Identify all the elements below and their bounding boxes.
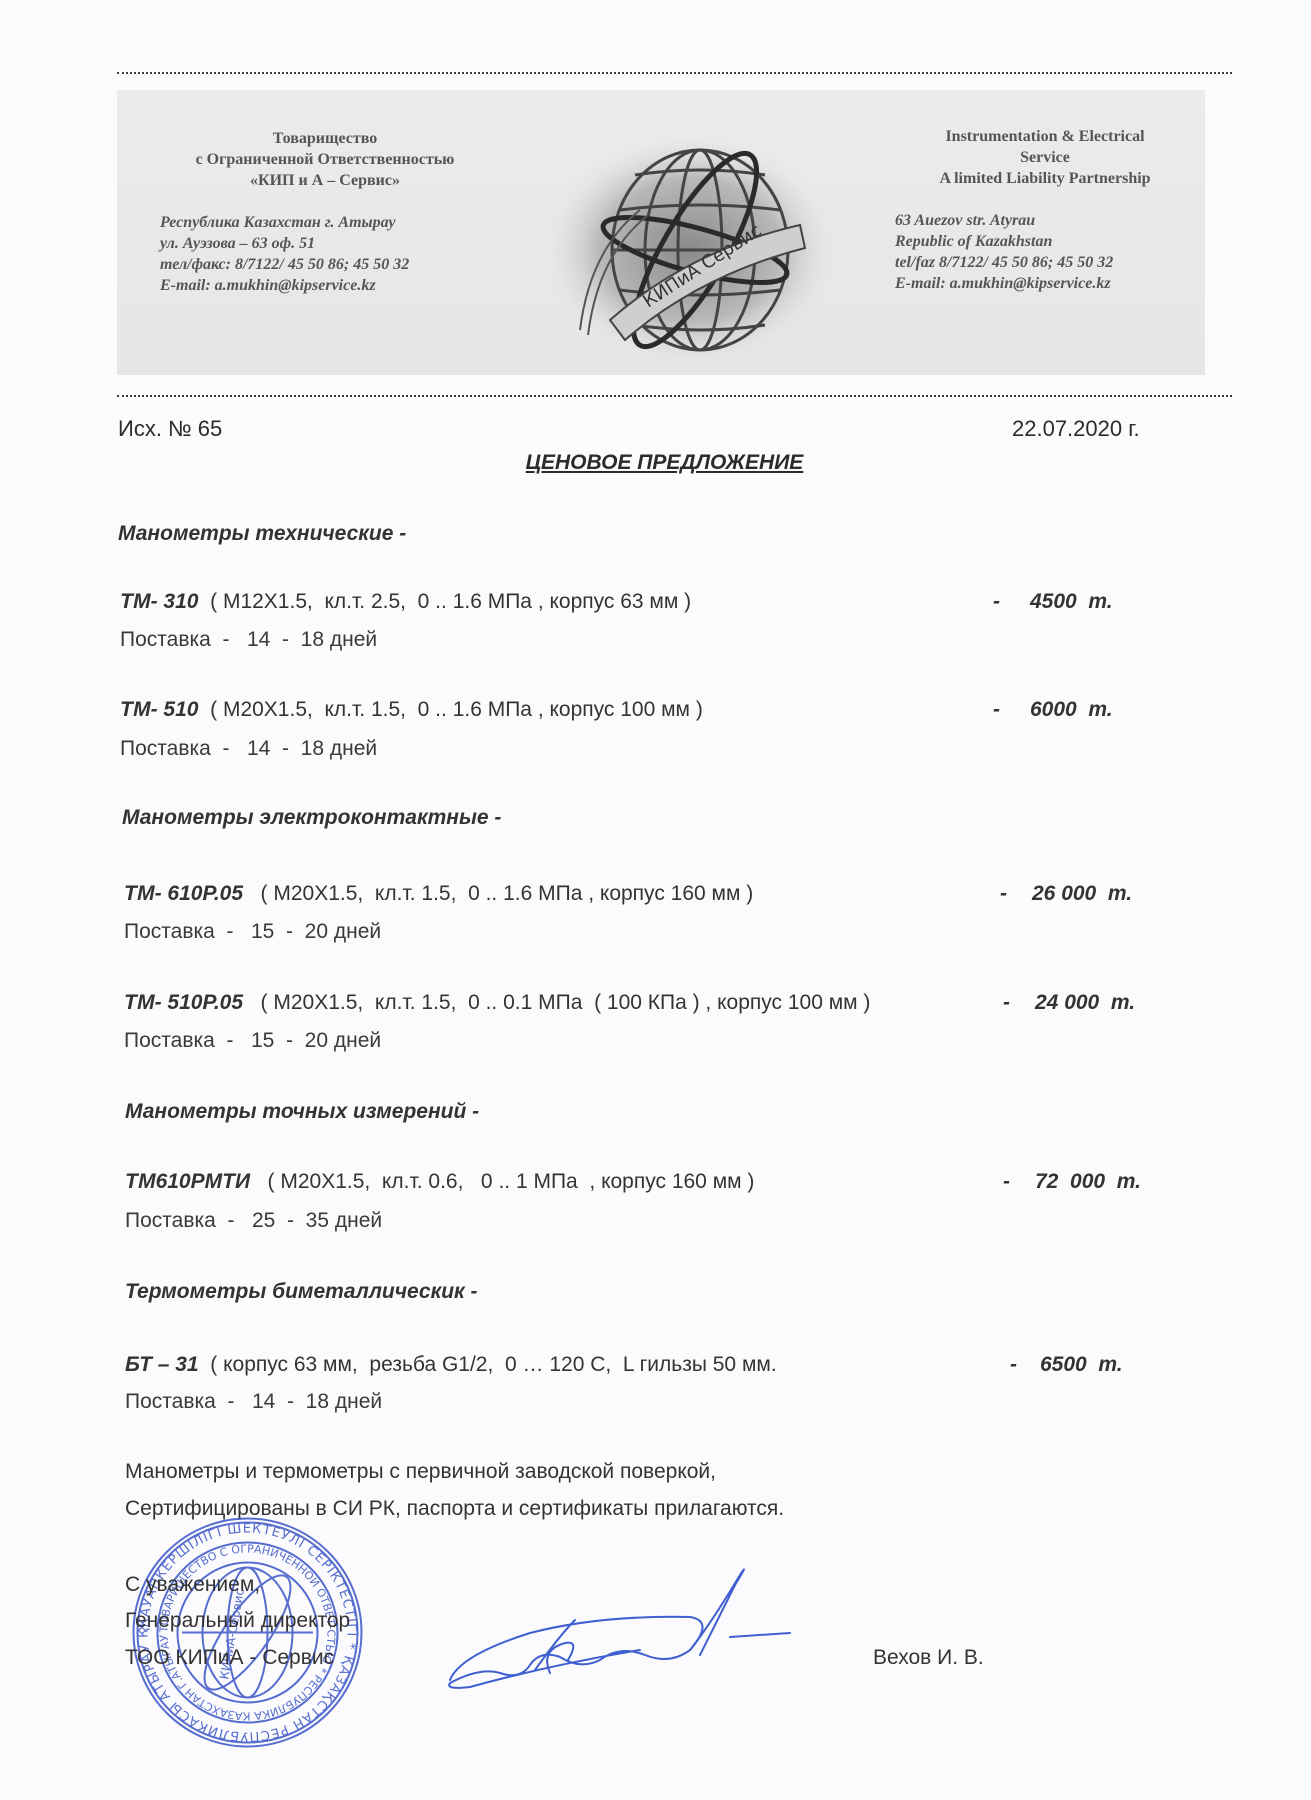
section-heading: Манометры технические - xyxy=(118,522,406,546)
company-name: ТОО КИПиА - Сервис xyxy=(125,1646,334,1670)
org-name: «КИП и А – Сервис» xyxy=(160,170,490,191)
price-dash: - xyxy=(1010,1353,1017,1377)
item-code: ТМ- 510 xyxy=(120,698,198,721)
section-heading: Манометры электроконтактные - xyxy=(122,806,501,830)
en-org-line2: Service xyxy=(895,147,1195,168)
item-spec: ( М20Х1.5, кл.т. 1.5, 0 .. 0.1 МПа ( 100… xyxy=(243,991,870,1014)
en-org-line3: A limited Liability Partnership xyxy=(895,168,1195,189)
item-price: 72 000 т. xyxy=(1035,1170,1141,1194)
signer-position: Генеральный директор xyxy=(125,1609,350,1633)
delivery-time: Поставка - 15 - 20 дней xyxy=(124,920,381,944)
item-spec: ( М20Х1.5, кл.т. 1.5, 0 .. 1.6 МПа , кор… xyxy=(243,882,753,905)
item-price: 4500 т. xyxy=(1030,590,1113,614)
letterhead-russian: Товарищество с Ограниченной Ответственно… xyxy=(160,128,490,296)
item-code: ТМ610РМТИ xyxy=(125,1170,250,1193)
document-title: ЦЕНОВОЕ ПРЕДЛОЖЕНИЕ xyxy=(0,451,1311,475)
item-price: 6500 т. xyxy=(1040,1353,1123,1377)
price-dash: - xyxy=(993,590,1000,614)
section-heading: Термометры биметаллическик - xyxy=(125,1280,478,1304)
item-code: ТМ- 610Р.05 xyxy=(124,882,243,905)
en-address-line2: Republic of Kazakhstan xyxy=(895,231,1195,252)
item-code: ТМ- 510Р.05 xyxy=(124,991,243,1014)
item-code: ТМ- 310 xyxy=(120,590,198,613)
ru-address-line2: ул. Ауэзова – 63 оф. 51 xyxy=(160,233,490,254)
delivery-time: Поставка - 14 - 18 дней xyxy=(120,628,377,652)
item-spec: ( М12Х1.5, кл.т. 2.5, 0 .. 1.6 МПа , кор… xyxy=(198,590,691,613)
price-item: ТМ- 510 ( М20Х1.5, кл.т. 1.5, 0 .. 1.6 М… xyxy=(120,698,703,722)
delivery-time: Поставка - 15 - 20 дней xyxy=(124,1029,381,1053)
item-price: 26 000 т. xyxy=(1032,882,1132,906)
signature-icon xyxy=(440,1555,840,1715)
price-dash: - xyxy=(993,698,1000,722)
closing-phrase: С уважением, xyxy=(125,1573,260,1597)
item-code: БТ – 31 xyxy=(125,1353,199,1376)
price-dash: - xyxy=(1003,991,1010,1015)
org-type-line2: с Ограниченной Ответственностью xyxy=(160,149,490,170)
ru-email: E-mail: a.mukhin@kipservice.kz xyxy=(160,275,490,296)
delivery-time: Поставка - 14 - 18 дней xyxy=(120,737,377,761)
en-email: E-mail: a.mukhin@kipservice.kz xyxy=(895,273,1195,294)
en-phone: tel/faz 8/7122/ 45 50 86; 45 50 32 xyxy=(895,252,1195,273)
delivery-time: Поставка - 14 - 18 дней xyxy=(125,1390,382,1414)
document-date: 22.07.2020 г. xyxy=(1012,416,1140,442)
outgoing-number: Исх. № 65 xyxy=(118,416,222,442)
price-item: БТ – 31 ( корпус 63 мм, резьба G1/2, 0 …… xyxy=(125,1353,777,1377)
price-dash: - xyxy=(1003,1170,1010,1194)
en-address-line1: 63 Auezov str. Atyrau xyxy=(895,210,1195,231)
letterhead-english: Instrumentation & Electrical Service A l… xyxy=(895,126,1195,294)
price-item: ТМ- 310 ( М12Х1.5, кл.т. 2.5, 0 .. 1.6 М… xyxy=(120,590,691,614)
signer-name: Вехов И. В. xyxy=(873,1646,984,1670)
header-top-divider xyxy=(117,72,1232,74)
item-price: 24 000 т. xyxy=(1035,991,1135,1015)
item-spec: ( М20Х1.5, кл.т. 1.5, 0 .. 1.6 МПа , кор… xyxy=(198,698,702,721)
item-price: 6000 т. xyxy=(1030,698,1113,722)
price-dash: - xyxy=(1000,882,1007,906)
price-item: ТМ- 510Р.05 ( М20Х1.5, кл.т. 1.5, 0 .. 0… xyxy=(124,991,870,1015)
section-heading: Манометры точных измерений - xyxy=(125,1100,479,1124)
ru-phone: тел/факс: 8/7122/ 45 50 86; 45 50 32 xyxy=(160,254,490,275)
org-type-line1: Товарищество xyxy=(160,128,490,149)
delivery-time: Поставка - 25 - 35 дней xyxy=(125,1209,382,1233)
certification-note-line1: Манометры и термометры с первичной завод… xyxy=(125,1460,716,1484)
en-org-line1: Instrumentation & Electrical xyxy=(895,126,1195,147)
globe-logo-icon: КИПиА Сервис xyxy=(540,130,840,370)
price-item: ТМ- 610Р.05 ( М20Х1.5, кл.т. 1.5, 0 .. 1… xyxy=(124,882,753,906)
item-spec: ( корпус 63 мм, резьба G1/2, 0 … 120 С, … xyxy=(199,1353,777,1376)
header-bottom-divider xyxy=(117,395,1232,397)
ru-address-line1: Республика Казахстан г. Атырау xyxy=(160,212,490,233)
item-spec: ( М20Х1.5, кл.т. 0.6, 0 .. 1 МПа , корпу… xyxy=(250,1170,754,1193)
price-item: ТМ610РМТИ ( М20Х1.5, кл.т. 0.6, 0 .. 1 М… xyxy=(125,1170,754,1194)
